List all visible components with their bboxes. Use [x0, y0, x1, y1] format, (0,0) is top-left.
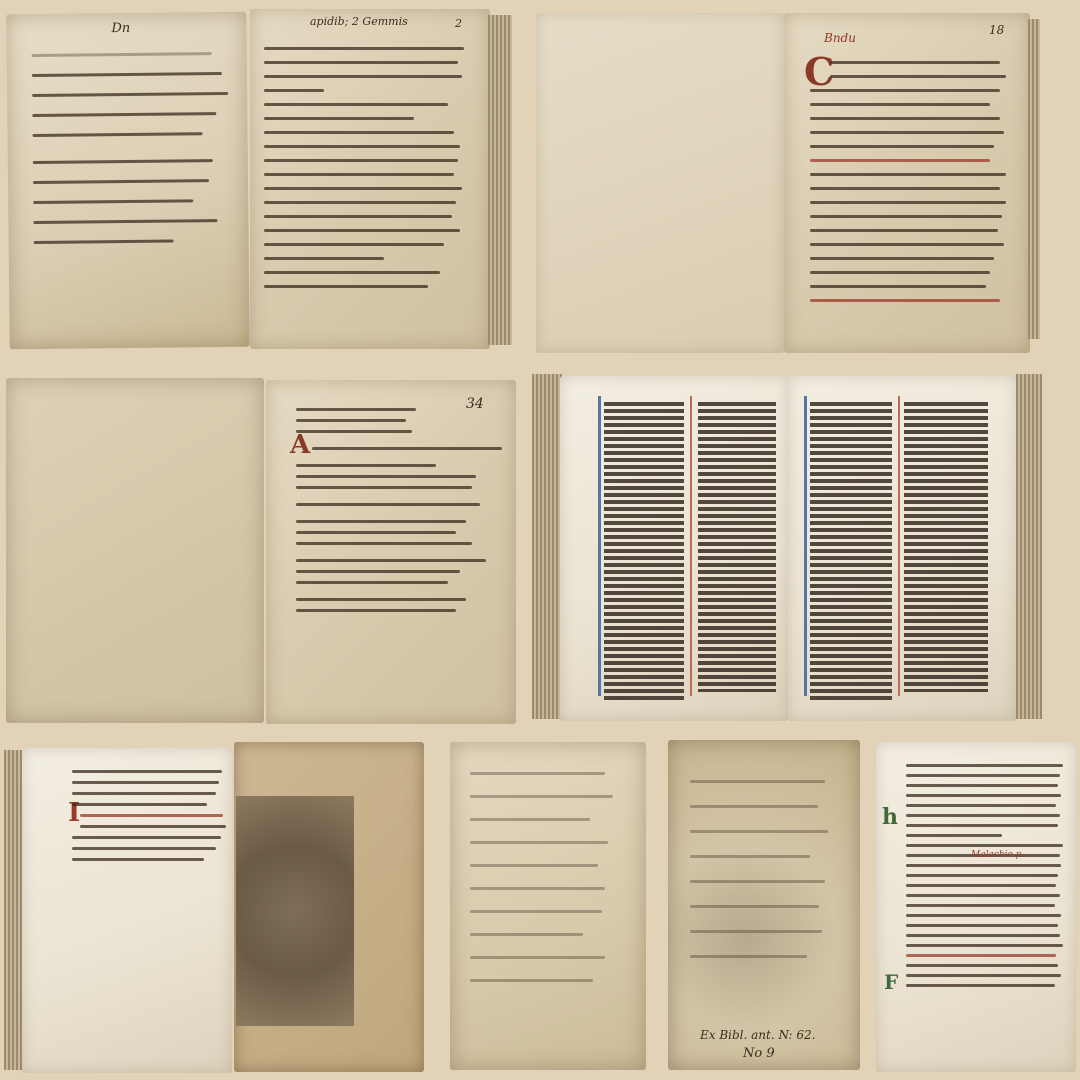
- book-4-left-edges: [532, 374, 562, 719]
- book-5-text: [72, 770, 222, 861]
- leaf-7: Ex Bibl. ant. N: 62. No 9: [668, 740, 860, 1070]
- book-2-page-edges: [1028, 19, 1040, 339]
- leaf-7-number: No 9: [743, 1046, 775, 1061]
- leaf-8-second-initial: F: [884, 970, 898, 994]
- book-1-left-text: [32, 52, 234, 244]
- book-1-right-text: [264, 47, 464, 288]
- leaf-7-shelfmark: Ex Bibl. ant. N: 62.: [700, 1028, 816, 1042]
- book-2-text: [810, 61, 1010, 302]
- book-5-inner-cover: [234, 742, 424, 1072]
- leaf-7-faint-text: [690, 780, 840, 958]
- book-1-left-page: Dn: [6, 12, 249, 349]
- leaf-6-faint-text: [470, 772, 620, 982]
- leaf-8-rubric: Malachie p...: [971, 850, 1030, 860]
- book-4-left-col-2: [698, 402, 776, 692]
- book-2: Bndu 18 C: [530, 5, 1050, 360]
- book-5-spine-edges: [4, 750, 22, 1070]
- book-1-left-header: Dn: [111, 21, 130, 36]
- book-2-heading: Bndu: [824, 31, 856, 45]
- leaf-8: h F Malachie p...: [876, 742, 1076, 1072]
- leaf-8-text: [906, 764, 1066, 987]
- book-3-text: [296, 408, 496, 612]
- book-5-cover-board: [236, 796, 354, 1026]
- book-4: [532, 366, 1044, 726]
- book-1-right-page: apidib; 2 Gemmis 2: [250, 9, 490, 349]
- book-4-right-col-2: [904, 402, 988, 692]
- book-1-page-edges: [488, 15, 512, 345]
- book-3: 34 A: [0, 372, 520, 732]
- book-3-right-page: 34 A: [266, 380, 516, 724]
- book-5-text-page: I: [22, 748, 232, 1073]
- book-3-left-page: [6, 378, 264, 723]
- book-1: Dn apidib; 2 Gemmis 2: [0, 5, 520, 355]
- book-2-page-number: 18: [989, 23, 1004, 37]
- book-1-right-header: apidib; 2 Gemmis: [310, 15, 408, 28]
- book-4-right-page: [788, 376, 1016, 721]
- book-2-right-page: Bndu 18 C: [784, 13, 1030, 353]
- book-1-page-number: 2: [455, 17, 462, 30]
- book-5: I: [0, 740, 425, 1075]
- leaf-8-green-initial: h: [882, 804, 898, 830]
- book-4-left-page: [560, 376, 788, 721]
- book-4-right-edges: [1016, 374, 1042, 719]
- book-4-left-col-1: [604, 402, 684, 702]
- book-2-left-page: [536, 13, 784, 353]
- book-4-right-col-1: [810, 402, 892, 702]
- leaf-6: [450, 742, 646, 1070]
